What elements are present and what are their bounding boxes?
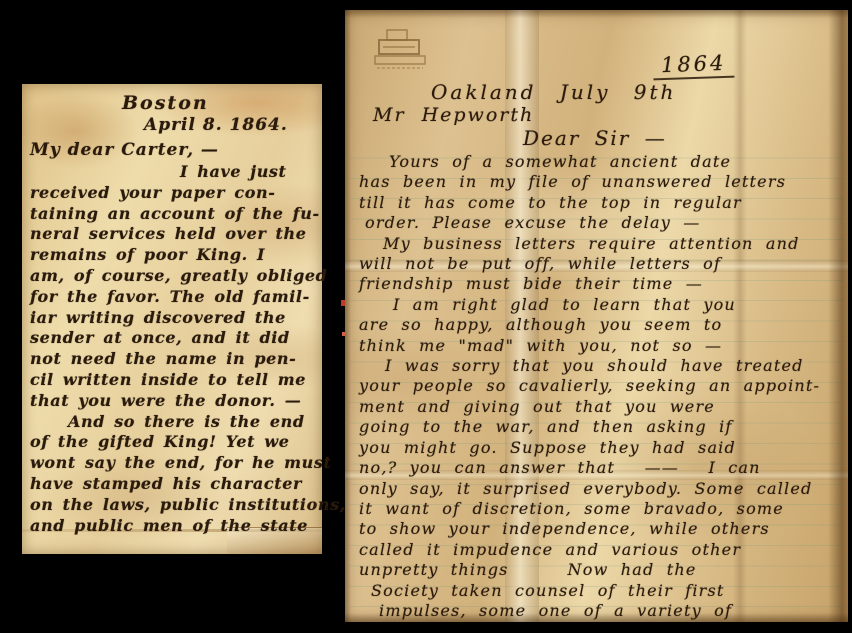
handwritten-line: Yours of a somewhat ancient date bbox=[359, 152, 837, 172]
handwritten-line: I have just bbox=[30, 162, 318, 183]
handwritten-line: will not be put off, while letters of bbox=[359, 254, 837, 274]
handwritten-line: received your paper con- bbox=[30, 183, 318, 204]
handwritten-line: think me "mad" with you, not so — bbox=[359, 336, 837, 356]
left-letter-sheet: Boston April 8. 1864. My dear Carter, — … bbox=[22, 84, 322, 554]
handwritten-line: of the gifted King! Yet we bbox=[30, 432, 318, 453]
handwritten-line: sender at once, and it did bbox=[30, 328, 318, 349]
right-letter-addressee: Mr Hepworth bbox=[373, 104, 534, 126]
left-letter-salutation: My dear Carter, — bbox=[30, 140, 219, 160]
handwritten-line: you might go. Suppose they had said bbox=[359, 438, 837, 458]
right-letter-body: Yours of a somewhat ancient datehas been… bbox=[359, 152, 837, 621]
handwritten-line: no,? you can answer that —— I can bbox=[359, 458, 837, 478]
handwritten-line: called it impudence and various other bbox=[359, 540, 837, 560]
handwritten-line: And so there is the end bbox=[30, 412, 318, 433]
left-letter-body: I have justreceived your paper con-taini… bbox=[30, 162, 318, 536]
handwritten-line: has been in my file of unanswered letter… bbox=[359, 172, 837, 192]
handwritten-line: iar writing discovered the bbox=[30, 308, 318, 329]
right-letter-dateline: Oakland July 9th bbox=[431, 80, 676, 104]
handwritten-line: ment and giving out that you were bbox=[359, 397, 837, 417]
handwritten-line: going to the war, and then asking if bbox=[359, 417, 837, 437]
scan-artifact bbox=[342, 332, 345, 336]
handwritten-line: that you were the donor. — bbox=[30, 391, 318, 412]
handwritten-line: impulses, some one of a variety of bbox=[359, 601, 837, 621]
left-letter-date: April 8. 1864. bbox=[144, 115, 288, 135]
embossed-stamp-icon bbox=[373, 28, 435, 74]
handwritten-line: cil written inside to tell me bbox=[30, 370, 318, 391]
handwritten-line: order. Please excuse the delay — bbox=[359, 213, 837, 233]
handwritten-line: friendship must bide their time — bbox=[359, 274, 837, 294]
handwritten-line: Society taken counsel of their first bbox=[359, 581, 837, 601]
right-letter-salutation: Dear Sir — bbox=[523, 126, 667, 150]
left-letter-place: Boston bbox=[122, 92, 209, 114]
paper-edge-shadow bbox=[345, 10, 351, 622]
paper-edge-shadow bbox=[345, 10, 848, 18]
handwritten-line: for the favor. The old famil- bbox=[30, 287, 318, 308]
handwritten-line: taining an account of the fu- bbox=[30, 204, 318, 225]
handwritten-line: it want of discretion, some bravado, som… bbox=[359, 499, 837, 519]
handwritten-line: wont say the end, for he must bbox=[30, 453, 318, 474]
photograph-background: Boston April 8. 1864. My dear Carter, — … bbox=[0, 0, 852, 633]
handwritten-line: till it has come to the top in regular bbox=[359, 193, 837, 213]
handwritten-line: are so happy, although you seem to bbox=[359, 315, 837, 335]
handwritten-line: My business letters require attention an… bbox=[359, 234, 837, 254]
handwritten-line: I am right glad to learn that you bbox=[359, 295, 837, 315]
handwritten-line: have stamped his character bbox=[30, 474, 318, 495]
handwritten-line: to show your independence, while others bbox=[359, 519, 837, 539]
handwritten-line: not need the name in pen- bbox=[30, 349, 318, 370]
handwritten-line: neral services held over the bbox=[30, 224, 318, 245]
handwritten-line: remains of poor King. I bbox=[30, 245, 318, 266]
handwritten-line: am, of course, greatly obliged bbox=[30, 266, 318, 287]
scan-artifact bbox=[341, 300, 345, 306]
handwritten-line: your people so cavalierly, seeking an ap… bbox=[359, 376, 837, 396]
handwritten-line: only say, it surprised everybody. Some c… bbox=[359, 479, 837, 499]
handwritten-line: and public men of the state bbox=[30, 516, 318, 537]
right-letter-sheet: 1864 Oakland July 9th Mr Hepworth Dear S… bbox=[345, 10, 848, 622]
right-letter-year: 1864 bbox=[653, 51, 735, 81]
handwritten-line: unpretty things Now had the bbox=[359, 560, 837, 580]
handwritten-line: I was sorry that you should have treated bbox=[359, 356, 837, 376]
handwritten-line: on the laws, public institutions, bbox=[30, 495, 318, 516]
